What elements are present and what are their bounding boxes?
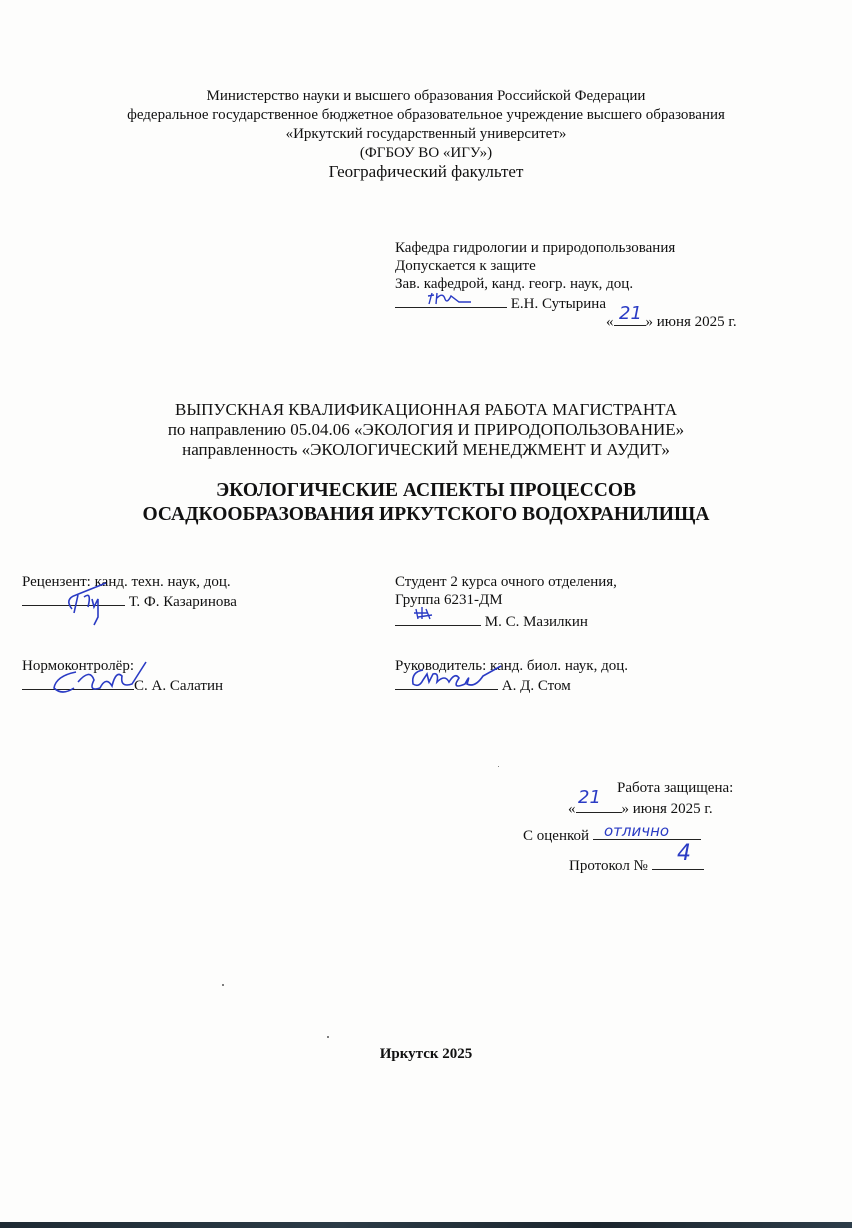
faculty-line: Географический факультет: [0, 163, 852, 180]
head-signature-line: Е.Н. Сутырина: [395, 294, 606, 313]
head-title-line: Зав. кафедрой, канд. геогр. наук, доц.: [395, 276, 633, 293]
scan-speck: [327, 1036, 329, 1038]
protocol-label: Протокол №: [569, 858, 648, 874]
supervisor-signature-line: А. Д. Стом: [395, 676, 571, 695]
scan-speck: [222, 984, 224, 986]
norm-controller-signature-line: С. А. Салатин: [22, 676, 223, 695]
work-type-line: ВЫПУСКНАЯ КВАЛИФИКАЦИОННАЯ РАБОТА МАГИСТ…: [0, 400, 852, 420]
supervisor-name: А. Д. Стом: [502, 678, 571, 694]
university-line: «Иркутский государственный университет»: [0, 126, 852, 143]
ministry-line: Министерство науки и высшего образования…: [0, 88, 852, 105]
reviewer-role: Рецензент: канд. техн. наук, доц.: [22, 574, 231, 591]
institution-type-line: федеральное государственное бюджетное об…: [0, 107, 852, 124]
supervisor-signature-blank: [395, 676, 498, 690]
abbreviation-line: (ФГБОУ ВО «ИГУ»): [0, 145, 852, 162]
student-name: М. С. Мазилкин: [485, 614, 588, 630]
approval-date-rest: » июня 2025 г.: [646, 314, 737, 330]
department-line: Кафедра гидрологии и природопользования: [395, 240, 675, 257]
student-role: Студент 2 курса очного отделения,: [395, 574, 617, 591]
approval-date-open: «: [606, 314, 614, 330]
student-signature-blank: [395, 612, 481, 626]
scan-speck: [498, 766, 499, 767]
grade-label: С оценкой: [523, 828, 589, 844]
grade-handwritten: отлично: [604, 822, 669, 840]
city-year: Иркутск 2025: [0, 1046, 852, 1063]
work-direction-line: по направлению 05.04.06 «ЭКОЛОГИЯ И ПРИР…: [0, 420, 852, 440]
head-signature-blank: [395, 294, 507, 308]
norm-controller-name: С. А. Салатин: [134, 678, 223, 694]
supervisor-role: Руководитель: канд. биол. наук, доц.: [395, 658, 628, 675]
scanner-edge: [0, 1222, 852, 1228]
norm-controller-role: Нормоконтролёр:: [22, 658, 134, 675]
defense-date-open: «: [568, 801, 576, 817]
defended-label: Работа защищена:: [617, 780, 733, 797]
approval-day-handwritten: 21: [619, 305, 642, 323]
head-name: Е.Н. Сутырина: [511, 296, 606, 312]
title-page: Министерство науки и высшего образования…: [0, 0, 852, 1222]
defense-day-handwritten: 21: [578, 789, 601, 807]
thesis-title-line-1: ЭКОЛОГИЧЕСКИЕ АСПЕКТЫ ПРОЦЕССОВ: [0, 479, 852, 503]
admitted-line: Допускается к защите: [395, 258, 536, 275]
student-signature-line: М. С. Мазилкин: [395, 612, 588, 631]
reviewer-name: Т. Ф. Казаринова: [129, 594, 237, 610]
work-focus-line: направленность «ЭКОЛОГИЧЕСКИЙ МЕНЕДЖМЕНТ…: [0, 440, 852, 460]
defense-date-rest: » июня 2025 г.: [622, 801, 713, 817]
reviewer-signature-blank: [22, 592, 125, 606]
thesis-title-line-2: ОСАДКООБРАЗОВАНИЯ ИРКУТСКОГО ВОДОХРАНИЛИ…: [0, 503, 852, 527]
norm-controller-signature-blank: [22, 676, 134, 690]
student-group: Группа 6231-ДМ: [395, 592, 503, 609]
protocol-number-handwritten: 4: [677, 845, 691, 863]
reviewer-signature-line: Т. Ф. Казаринова: [22, 592, 237, 611]
